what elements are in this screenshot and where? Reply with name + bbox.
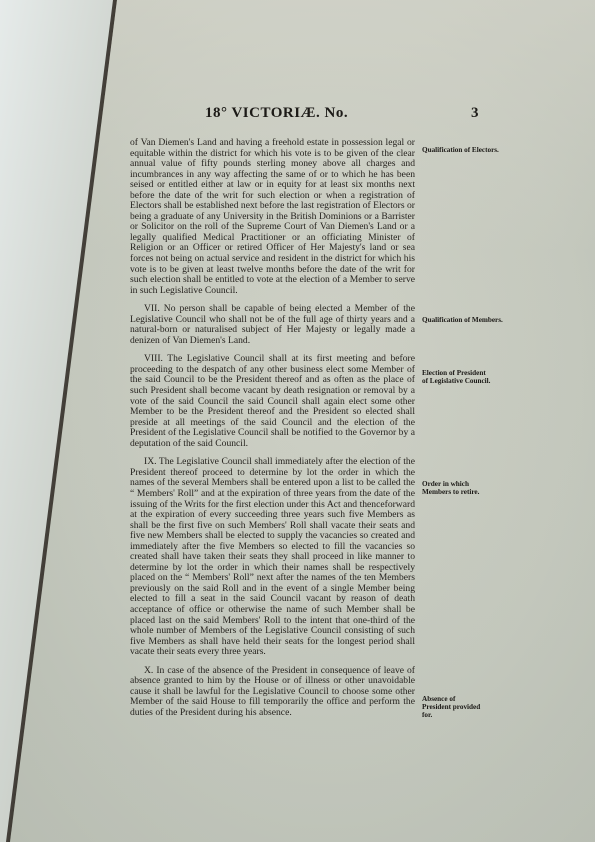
section-vii: VII. No person shall be capable of being… xyxy=(130,304,415,346)
section-ix: IX. The Legislative Council shall immedi… xyxy=(130,457,415,657)
sidenote-qualification-electors: Qualification of Electors. xyxy=(422,146,508,154)
section-viii: VIII. The Legislative Council shall at i… xyxy=(130,354,415,449)
sidenote-election-president: Election of President of Legislative Cou… xyxy=(422,369,492,385)
paragraph-continuation: of Van Diemen's Land and having a freeho… xyxy=(130,138,415,296)
page-header: 18° VICTORIÆ. No. 3 xyxy=(0,105,595,131)
body-text: of Van Diemen's Land and having a freeho… xyxy=(130,138,415,726)
sidenote-absence-president: Absence of President provided for. xyxy=(422,695,482,719)
sidenote-order-retire: Order in which Members to retire. xyxy=(422,480,492,496)
running-head: 18° VICTORIÆ. No. xyxy=(205,105,348,122)
page-number: 3 xyxy=(471,105,479,122)
sidenote-qualification-members: Qualification of Members. xyxy=(422,316,508,324)
section-x: X. In case of the absence of the Preside… xyxy=(130,666,415,719)
